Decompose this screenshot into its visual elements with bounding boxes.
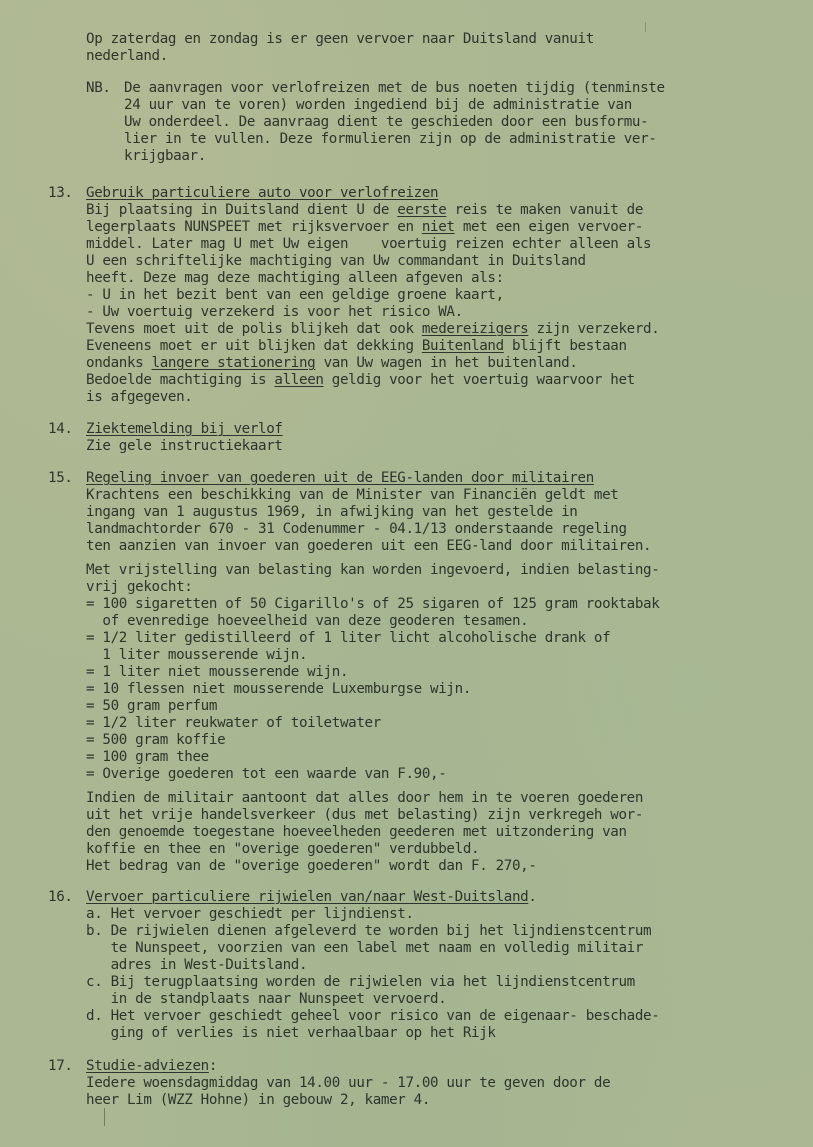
section-13-line: Eveneens moet er uit blijken dat dekking… [86,338,627,355]
text: blijft bestaan [504,338,627,354]
section-16-line: adres in West-Duitsland. [86,957,307,974]
text: van Uw wagen in het buitenland. [315,355,577,371]
paper-mark [104,1108,105,1126]
section-15-line: ingang van 1 augustus 1969, in afwijking… [86,504,578,521]
section-17-number: 17. [48,1058,73,1075]
allowance-item: = 50 gram perfum [86,698,217,715]
text: Tevens moet uit de polis blijkeh dat ook [86,321,422,337]
emphasis-medereizigers: medereizigers [422,321,529,337]
section-17-line: Iedere woensdagmiddag van 14.00 uur - 17… [86,1075,610,1092]
section-16-number: 16. [48,889,73,906]
section-16-line: in de standplaats naar Nunspeet vervoerd… [86,991,446,1008]
paper-mark [645,22,646,32]
section-15-line: Indien de militair aantoont dat alles do… [86,790,643,807]
section-15-title: Regeling invoer van goederen uit de EEG-… [86,470,594,487]
nb-line: Uw onderdeel. De aanvraag dient te gesch… [124,114,648,131]
section-15-line: vrij gekocht: [86,579,193,596]
section-13-bullet: - Uw voertuig verzekerd is voor het risi… [86,304,463,321]
allowance-item: = 100 sigaretten of 50 Cigarillo's of 25… [86,596,659,613]
section-13-line: Bedoelde machtiging is alleen geldig voo… [86,372,635,389]
text: Eveneens moet er uit blijken dat dekking [86,338,422,354]
section-15-line: Krachtens een beschikking van de Ministe… [86,487,618,504]
allowance-item: = 500 gram koffie [86,732,225,749]
section-16-line: d. Het vervoer geschiedt geheel voor ris… [86,1008,659,1025]
section-13-line: U een schriftelijke machtiging van Uw co… [86,253,586,270]
allowance-item: of evenredige hoeveelheid van deze geode… [86,613,528,630]
section-13-number: 13. [48,185,73,202]
section-16-line: b. De rijwielen dienen afgeleverd te wor… [86,923,651,940]
text: geldig voor het voertuig waarvoor het [324,372,635,388]
allowance-item: = 100 gram thee [86,749,209,766]
text: Bij plaatsing in Duitsland dient U de [86,202,397,218]
section-17-line: heer Lim (WZZ Hohne) in gebouw 2, kamer … [86,1092,430,1109]
section-16-line: ging of verlies is niet verhaalbaar op h… [86,1025,496,1042]
section-16-line: a. Het vervoer geschiedt per lijndienst. [86,906,414,923]
text: reis te maken vanuit de [446,202,643,218]
emphasis-eerste: eerste [397,202,446,218]
allowance-item: = Overige goederen tot een waarde van F.… [86,766,446,783]
text: ondanks [86,355,152,371]
section-14-title: Ziektemelding bij verlof [86,421,283,438]
section-15-line: koffie en thee en "overige goederen" ver… [86,841,479,858]
section-15-line: den genoemde toegestane hoeveelheden gee… [86,824,627,841]
text: Bedoelde machtiging is [86,372,274,388]
typewritten-document-page: Op zaterdag en zondag is er geen vervoer… [0,0,813,1147]
section-13-line: ondanks langere stationering van Uw wage… [86,355,578,372]
section-13-line: middel. Later mag U met Uw eigen voertui… [86,236,651,253]
emphasis-langere-stationering: langere stationering [152,355,316,371]
intro-line-1: Op zaterdag en zondag is er geen vervoer… [86,31,594,48]
section-17-title: Studie-adviezen [86,1058,209,1074]
emphasis-alleen: alleen [274,372,323,388]
allowance-item: = 1/2 liter gedistilleerd of 1 liter lic… [86,630,610,647]
allowance-item: 1 liter mousserende wijn. [86,647,307,664]
section-15-number: 15. [48,470,73,487]
section-16-line: c. Bij terugplaatsing worden de rijwiele… [86,974,635,991]
section-13-line: legerplaats NUNSPEET met rijksvervoer en… [86,219,643,236]
section-14-line: Zie gele instructiekaart [86,438,283,455]
nb-line: De aanvragen voor verlofreizen met de bu… [124,80,665,97]
section-14-number: 14. [48,421,73,438]
section-15-line: Met vrijstelling van belasting kan worde… [86,562,659,579]
section-16-title-line: Vervoer particuliere rijwielen van/naar … [86,889,537,906]
section-13-line: is afgegeven. [86,389,193,406]
nb-line: 24 uur van te voren) worden ingediend bi… [124,97,632,114]
text: . [528,889,536,905]
allowance-item: = 10 flessen niet mousserende Luxemburgs… [86,681,471,698]
text: zijn verzekerd. [528,321,659,337]
emphasis-niet: niet [422,219,455,235]
section-16-line: te Nunspeet, voorzien van een label met … [86,940,643,957]
section-15-line: uit het vrije handelsverkeer (dus met be… [86,807,643,824]
section-13-line: Bij plaatsing in Duitsland dient U de ee… [86,202,643,219]
section-15-line: Het bedrag van de "overige goederen" wor… [86,858,537,875]
text: : [209,1058,217,1074]
section-15-line: ten aanzien van invoer van goederen uit … [86,538,651,555]
nb-line: krijgbaar. [124,148,206,165]
section-17-title-line: Studie-adviezen: [86,1058,217,1075]
allowance-item: = 1/2 liter reukwater of toiletwater [86,715,381,732]
nb-line: lier in te vullen. Deze formulieren zijn… [124,131,656,148]
intro-line-2: nederland. [86,48,168,65]
allowance-item: = 1 liter niet mousserende wijn. [86,664,348,681]
section-13-line: heeft. Deze mag deze machtiging alleen a… [86,270,504,287]
section-15-line: landmachtorder 670 - 31 Codenummer - 04.… [86,521,627,538]
section-13-line: Tevens moet uit de polis blijkeh dat ook… [86,321,659,338]
nb-label: NB. [86,80,111,97]
text: legerplaats NUNSPEET met rijksvervoer en [86,219,422,235]
section-13-title: Gebruik particuliere auto voor verlofrei… [86,185,438,202]
section-16-title: Vervoer particuliere rijwielen van/naar … [86,889,528,905]
emphasis-buitenland: Buitenland [422,338,504,354]
section-13-bullet: - U in het bezit bent van een geldige gr… [86,287,504,304]
text: met een eigen vervoer- [455,219,643,235]
